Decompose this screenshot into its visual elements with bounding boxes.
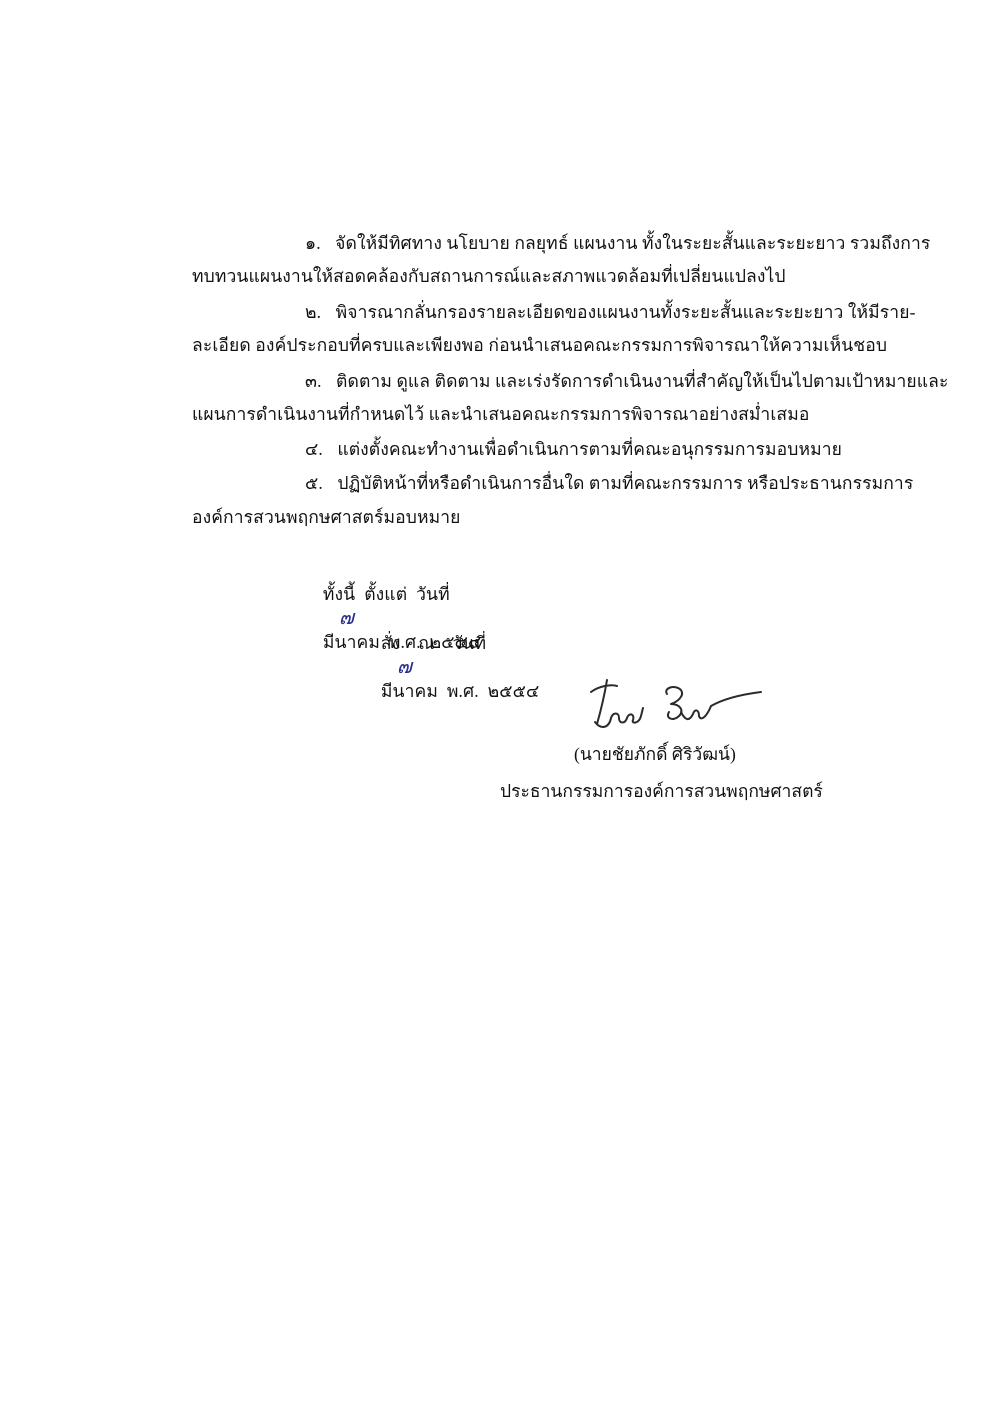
ordered-date-line: สั่ง ณ วันที่ ๗ มีนาคม พ.ศ. ๒๕๕๔ <box>363 607 539 727</box>
item-2-line-2: ละเอียด องค์ประกอบที่ครบและเพียงพอ ก่อนน… <box>192 333 887 357</box>
signatory-name: (นายชัยภักดิ์ ศิริวัฒน์) <box>574 742 736 766</box>
item-1-line-1: ๑. จัดให้มีทิศทาง นโยบาย กลยุทธ์ แผนงาน … <box>305 231 930 255</box>
item-1-line-2: ทบทวนแผนงานให้สอดคล้องกับสถานการณ์และสภา… <box>192 264 786 288</box>
ordered-month-year: มีนาคม พ.ศ. ๒๕๕๔ <box>381 681 539 701</box>
document-page: ๑. จัดให้มีทิศทาง นโยบาย กลยุทธ์ แผนงาน … <box>0 0 1000 1413</box>
item-4-number: ๔. <box>305 439 323 459</box>
item-4-text: แต่งตั้งคณะทำงานเพื่อดำเนินการตามที่คณะอ… <box>337 439 842 459</box>
item-5-number: ๕. <box>305 473 323 493</box>
item-5-line-2: องค์การสวนพฤกษศาสตร์มอบหมาย <box>192 505 461 529</box>
item-3-number: ๓. <box>305 371 322 391</box>
ordered-date-prefix: สั่ง ณ วันที่ <box>381 633 486 653</box>
handwritten-signature-icon <box>585 672 765 734</box>
item-3-text: ติดตาม ดูแล ติดตาม และเร่งรัดการดำเนินงา… <box>336 371 948 391</box>
item-2-line-1: ๒. พิจารณากลั่นกรองรายละเอียดของแผนงานทั… <box>305 300 916 324</box>
effective-day-handwritten: ๗ <box>339 607 354 629</box>
item-1-number: ๑. <box>305 233 321 253</box>
effective-date-prefix: ทั้งนี้ ตั้งแต่ วันที่ <box>323 584 450 604</box>
item-1-text: จัดให้มีทิศทาง นโยบาย กลยุทธ์ แผนงาน ทั้… <box>335 233 930 253</box>
item-5-text: ปฏิบัติหน้าที่หรือดำเนินการอื่นใด ตามที่… <box>337 473 913 493</box>
item-3-line-1: ๓. ติดตาม ดูแล ติดตาม และเร่งรัดการดำเนิ… <box>305 369 949 393</box>
item-2-text: พิจารณากลั่นกรองรายละเอียดของแผนงานทั้งร… <box>336 302 916 322</box>
item-2-number: ๒. <box>305 302 321 322</box>
signatory-title: ประธานกรรมการองค์การสวนพฤกษศาสตร์ <box>500 779 823 803</box>
item-4-line-1: ๔. แต่งตั้งคณะทำงานเพื่อดำเนินการตามที่ค… <box>305 437 842 461</box>
ordered-day-handwritten: ๗ <box>397 656 412 678</box>
item-5-line-1: ๕. ปฏิบัติหน้าที่หรือดำเนินการอื่นใด ตาม… <box>305 471 913 495</box>
item-3-line-2: แผนการดำเนินงานที่กำหนดไว้ และนำเสนอคณะก… <box>192 402 809 426</box>
